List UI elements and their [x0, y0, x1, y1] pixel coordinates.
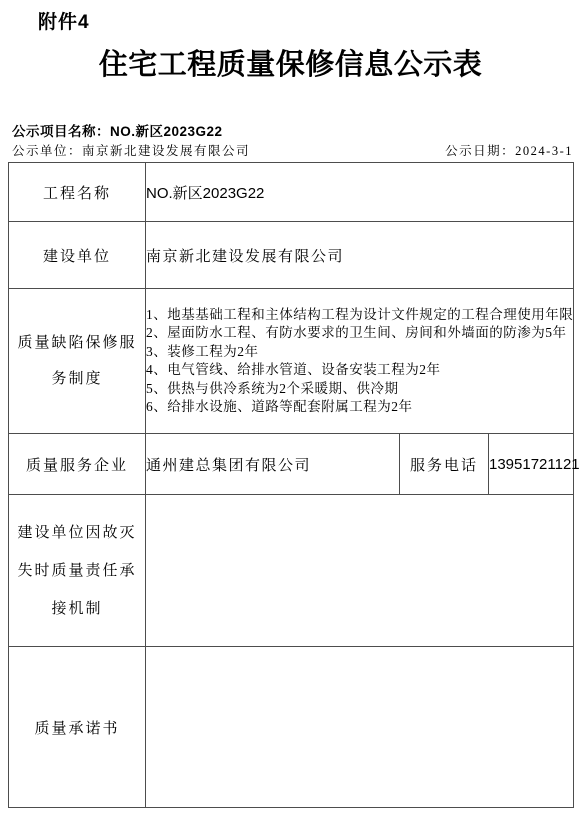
page-title: 住宅工程质量保修信息公示表 [0, 42, 581, 83]
service-company-value: 通州建总集团有限公司 [146, 434, 400, 495]
warranty-item-2: 2、屋面防水工程、有防水要求的卫生间、房间和外墙面的防渗为5年 [146, 324, 573, 343]
service-company-label: 质量服务企业 [9, 434, 146, 495]
service-phone-label: 服务电话 [400, 434, 489, 495]
warranty-policy-label-line2: 务制度 [9, 361, 145, 397]
service-phone-value: 13951721121 [489, 434, 574, 495]
publish-unit: 公示单位：南京新北建设发展有限公司 [12, 141, 250, 159]
row-construction-unit: 建设单位 南京新北建设发展有限公司 [9, 222, 574, 289]
warranty-policy-label-line1: 质量缺陷保修服 [9, 325, 145, 361]
warranty-policy-label: 质量缺陷保修服 务制度 [9, 289, 146, 434]
warranty-policy-items: 1、地基基础工程和主体结构工程为设计文件规定的工程合理使用年限 2、屋面防水工程… [146, 289, 574, 434]
warranty-item-5: 5、供热与供冷系统为2个采暖期、供冷期 [146, 380, 573, 399]
row-quality-commitment: 质量承诺书 [9, 647, 574, 808]
row-warranty-policy: 质量缺陷保修服 务制度 1、地基基础工程和主体结构工程为设计文件规定的工程合理使… [9, 289, 574, 434]
document-page: 附件4 住宅工程质量保修信息公示表 公示项目名称：NO.新区2023G22 公示… [0, 0, 581, 815]
row-service-company: 质量服务企业 通州建总集团有限公司 服务电话 13951721121 [9, 434, 574, 495]
warranty-item-4: 4、电气管线、给排水管道、设备安装工程为2年 [146, 361, 573, 380]
meta-line: 公示单位：南京新北建设发展有限公司 公示日期：2024-3-1 [12, 141, 573, 159]
quality-commitment-value [146, 647, 574, 808]
warranty-item-1: 1、地基基础工程和主体结构工程为设计文件规定的工程合理使用年限 [146, 306, 573, 325]
warranty-item-3: 3、装修工程为2年 [146, 343, 573, 362]
liability-transfer-label: 建设单位因故灭 失时质量责任承 接机制 [9, 495, 146, 647]
construction-unit-value: 南京新北建设发展有限公司 [146, 222, 574, 289]
project-name-value: NO.新区2023G22 [146, 163, 574, 222]
construction-unit-label: 建设单位 [9, 222, 146, 289]
attachment-label: 附件4 [38, 7, 90, 34]
liability-transfer-label-line3: 接机制 [9, 590, 145, 628]
liability-transfer-label-line2: 失时质量责任承 [9, 552, 145, 590]
liability-transfer-label-line1: 建设单位因故灭 [9, 514, 145, 552]
warranty-info-table: 工程名称 NO.新区2023G22 建设单位 南京新北建设发展有限公司 质量缺陷… [8, 162, 574, 808]
row-project-name: 工程名称 NO.新区2023G22 [9, 163, 574, 222]
publish-date: 公示日期：2024-3-1 [445, 141, 573, 159]
warranty-item-6: 6、给排水设施、道路等配套附属工程为2年 [146, 398, 573, 417]
project-name-label: 工程名称 [9, 163, 146, 222]
liability-transfer-value [146, 495, 574, 647]
project-name-line: 公示项目名称：NO.新区2023G22 [12, 120, 223, 140]
row-liability-transfer: 建设单位因故灭 失时质量责任承 接机制 [9, 495, 574, 647]
quality-commitment-label: 质量承诺书 [9, 647, 146, 808]
